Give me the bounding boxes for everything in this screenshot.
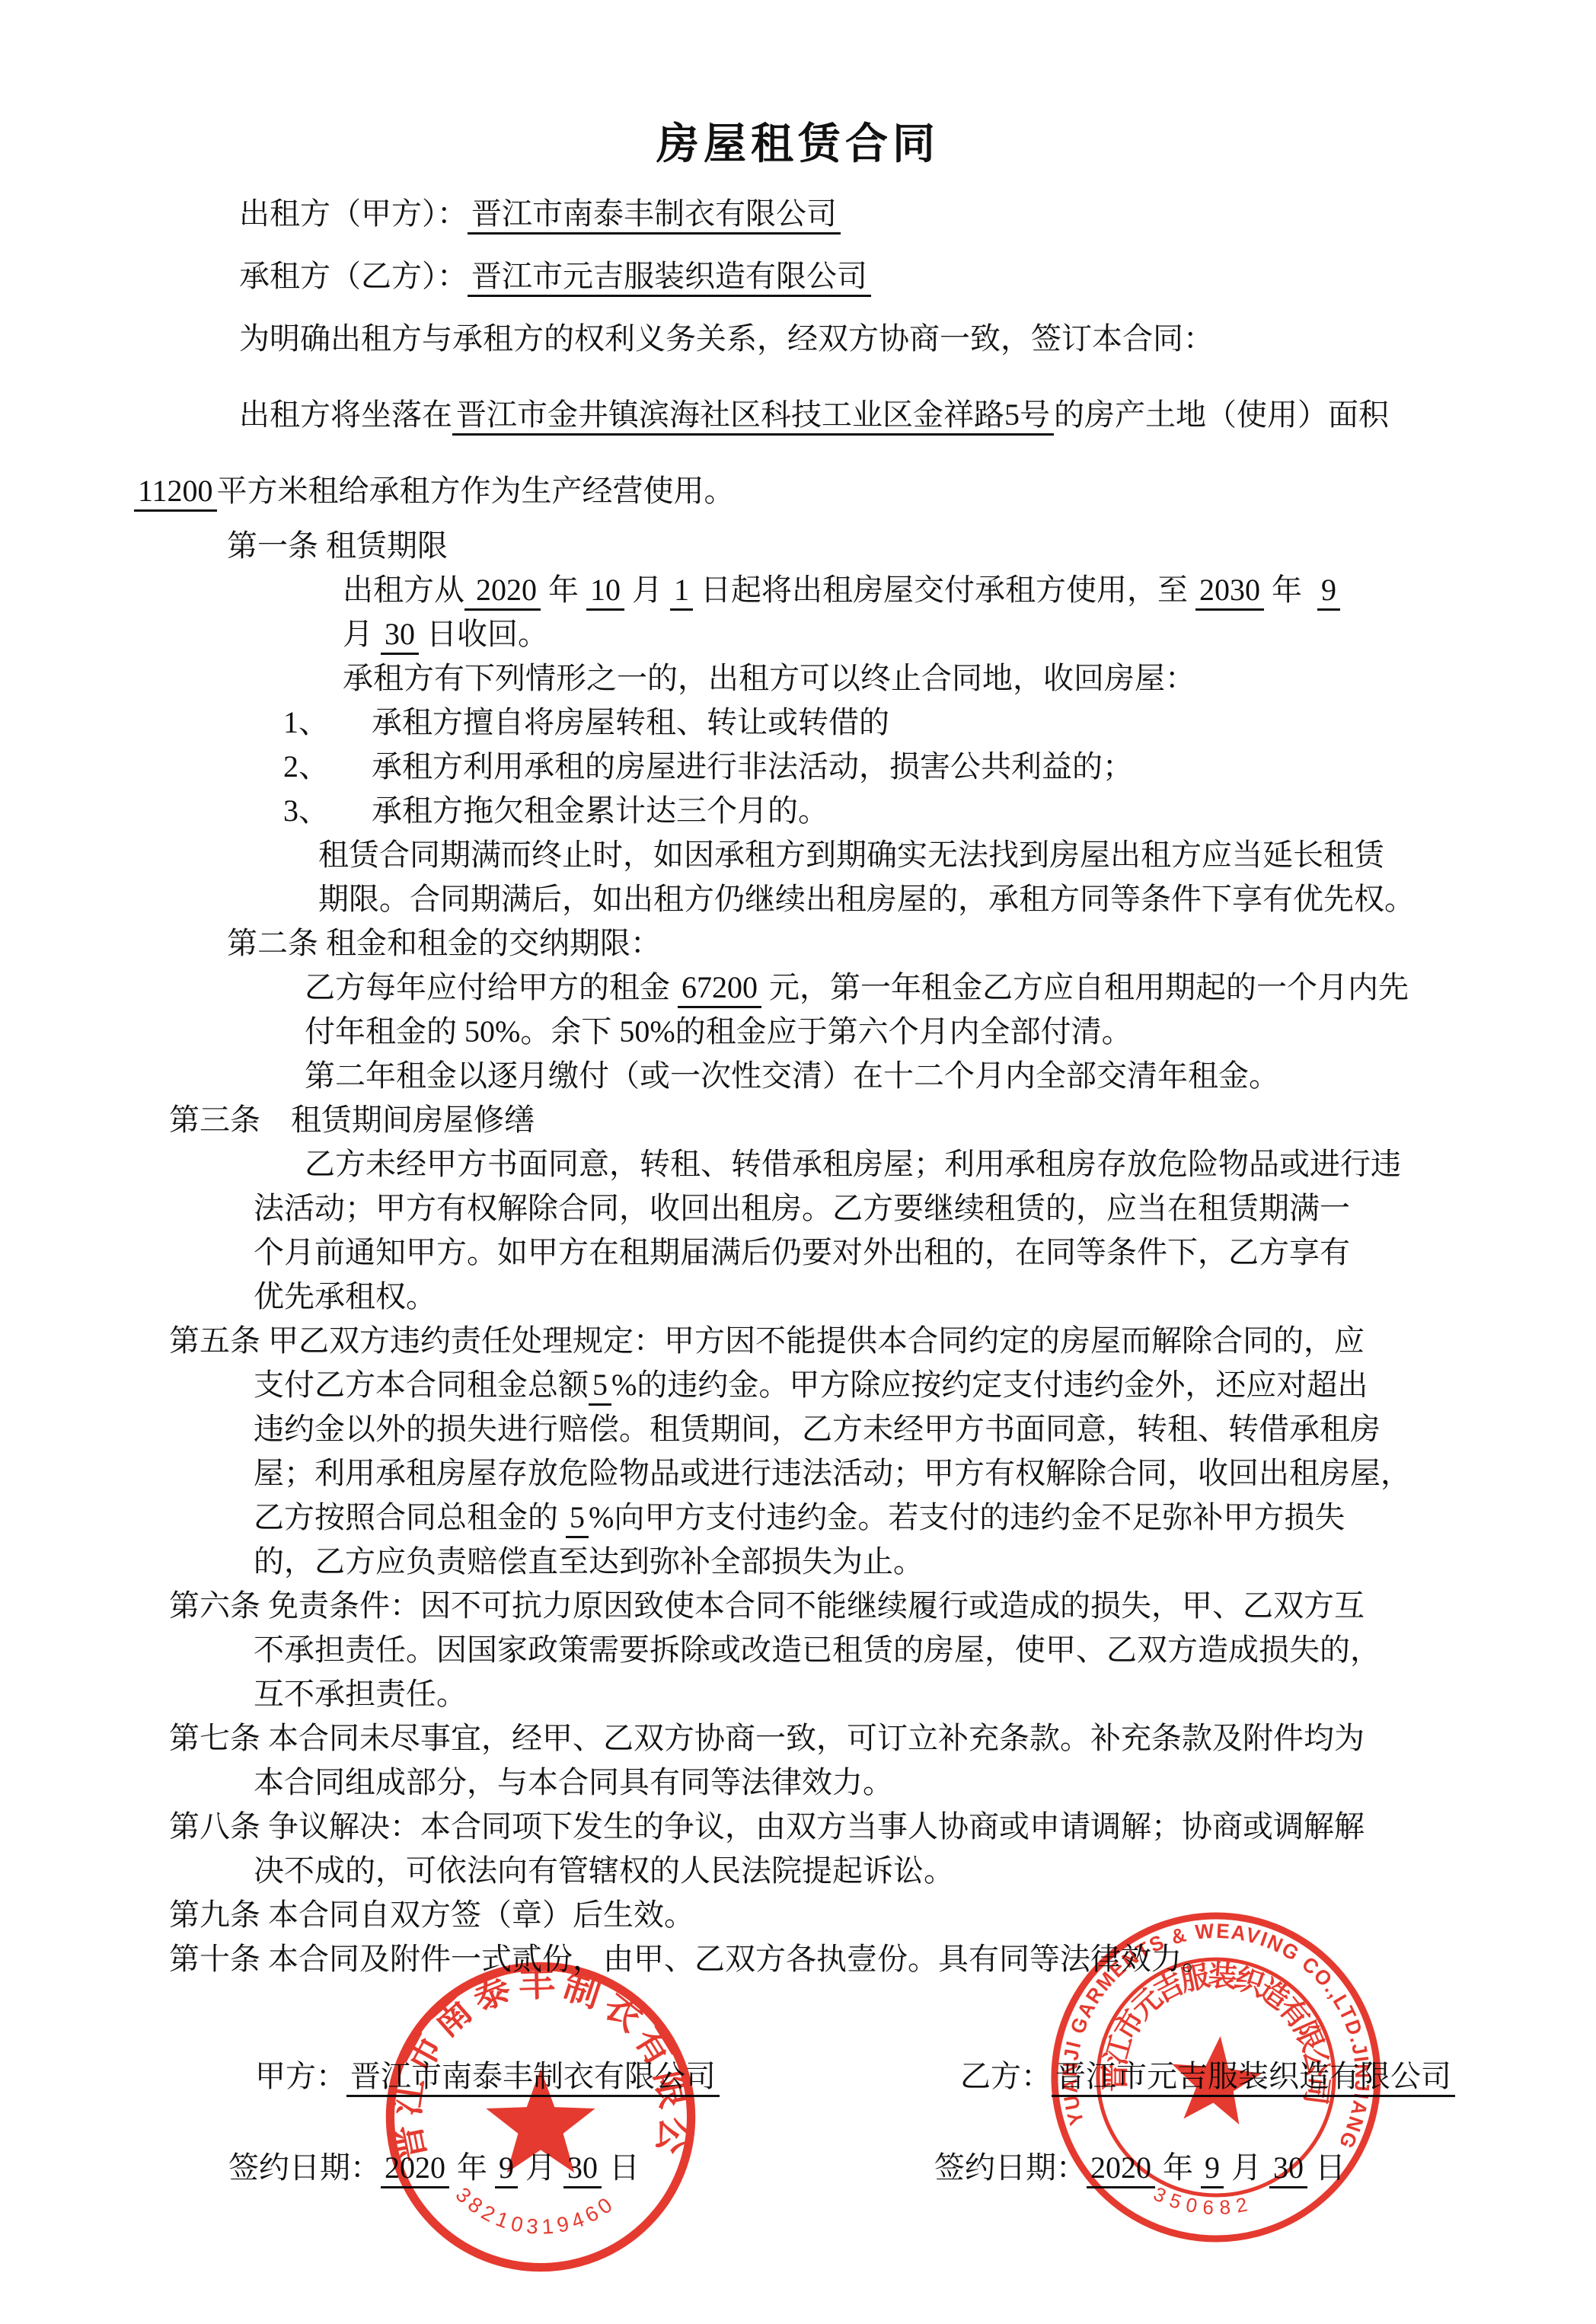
text-run: %的违约金。甲方除应按约定支付违约金外，还应对超出 xyxy=(611,1368,1368,1402)
contract-line: 出租方（甲方）：晋江市南泰丰制衣有限公司 xyxy=(0,192,1596,236)
contract-line: 法活动；甲方有权解除合同，收回出租房。乙方要继续租赁的，应当在租赁期满一 xyxy=(0,1186,1596,1231)
text-run: 出租方（甲方）： xyxy=(239,196,468,231)
text-run: 个月前通知甲方。如甲方在租期届满后仍要对外出租的，在同等条件下，乙方享有 xyxy=(254,1235,1350,1269)
text-run: 互不承担责任。 xyxy=(254,1677,467,1711)
contract-line: 第六条 免责条件：因不可抗力原因致使本合同不能继续履行或造成的损失，甲、乙双方互 xyxy=(0,1584,1596,1628)
text-run: 违约金以外的损失进行赔偿。租赁期间，乙方未经甲方书面同意，转租、转借承租房 xyxy=(254,1412,1381,1446)
text-run: 乙方每年应付给甲方的租金 xyxy=(305,970,678,1004)
text-run: 决不成的，可依法向有管辖权的人民法院提起诉讼。 xyxy=(254,1853,954,1888)
text-run: 付年租金的 50%。余下 50%的租金应于第六个月内全部付清。 xyxy=(305,1014,1132,1049)
text-run: 不承担责任。因国家政策需要拆除或改造已租赁的房屋，使甲、乙双方造成损失的， xyxy=(254,1633,1381,1667)
text-run: 月 xyxy=(1224,2150,1269,2185)
contract-line: 为明确出租方与承租方的权利义务关系，经双方协商一致，签订本合同： xyxy=(0,317,1596,361)
text-run: 承租方有下列情形之一的，出租方可以终止合同地，收回房屋： xyxy=(343,661,1195,695)
filled-in-field: 2020 xyxy=(464,573,541,611)
text-run: 第五条 甲乙双方违约责任处理规定：甲方因不能提供本合同约定的房屋而解除合同的，应 xyxy=(169,1323,1365,1358)
text-run: 支付乙方本合同租金总额 xyxy=(254,1368,589,1402)
text-run: 元，第一年租金乙方应自租用期起的一个月内先 xyxy=(761,970,1409,1004)
filled-in-field: 5 xyxy=(566,1500,589,1538)
text-run: 第二条 租金和租金的交纳期限： xyxy=(227,926,661,960)
contract-line: 月 30 日收回。 xyxy=(0,612,1596,656)
filled-in-field: 晋江市元吉服装织造有限公司 xyxy=(468,259,871,297)
contract-line: 第八条 争议解决：本合同项下发生的争议，由双方当事人协商或申请调解；协商或调解解 xyxy=(0,1805,1596,1849)
contract-line: 3、承租方拖欠租金累计达三个月的。 xyxy=(0,789,1596,833)
filled-in-field: 5 xyxy=(589,1368,611,1406)
contract-line: 第一条 租赁期限 xyxy=(0,524,1596,568)
filled-in-field: 67200 xyxy=(678,970,761,1008)
text-run: 优先承租权。 xyxy=(254,1279,436,1314)
signature-line-a-date: 签约日期：2020 年 9 月 30 日 xyxy=(228,2146,640,2190)
seal-ring xyxy=(390,1966,691,2267)
filled-in-field: 晋江市南泰丰制衣有限公司 xyxy=(468,196,841,235)
filled-in-field: 9 xyxy=(495,2150,518,2188)
seal-serial-number: 38210319460 xyxy=(452,2182,617,2238)
contract-line: 第二条 租金和租金的交纳期限： xyxy=(0,921,1596,966)
filled-in-field: 晋江市元吉服装织造有限公司 xyxy=(1052,2059,1455,2097)
text-run: 期限。合同期满后，如出租方仍继续出租房屋的，承租方同等条件下享有优先权。 xyxy=(318,882,1415,916)
contract-line: 第九条 本合同自双方签（章）后生效。 xyxy=(0,1893,1596,1937)
contract-line: 第十条 本合同及附件一式贰份，由甲、乙双方各执壹份。具有同等法律效力。 xyxy=(0,1937,1596,1981)
filled-in-field: 2020 xyxy=(1087,2150,1155,2188)
contract-line: 期限。合同期满后，如出租方仍继续出租房屋的，承租方同等条件下享有优先权。 xyxy=(0,877,1596,921)
text-run: 第一条 租赁期限 xyxy=(227,528,448,563)
text-run: 日起将出租房屋交付承租方使用，至 xyxy=(693,573,1195,607)
text-run: 乙方： xyxy=(960,2059,1052,2093)
contract-line: 第二年租金以逐月缴付（或一次性交清）在十二个月内全部交清年租金。 xyxy=(0,1054,1596,1098)
text-run: 月 xyxy=(343,617,381,651)
text-run: 3、 xyxy=(283,793,329,828)
contract-line: 乙方未经甲方书面同意，转租、转借承租房屋；利用承租房存放危险物品或进行违 xyxy=(0,1142,1596,1186)
text-run: 甲方： xyxy=(255,2059,346,2093)
filled-in-field: 9 xyxy=(1317,573,1340,611)
contract-line: 第五条 甲乙双方违约责任处理规定：甲方因不能提供本合同约定的房屋而解除合同的，应 xyxy=(0,1319,1596,1363)
contract-line: 支付乙方本合同租金总额5%的违约金。甲方除应按约定支付违约金外，还应对超出 xyxy=(0,1363,1596,1407)
contract-line: 优先承租权。 xyxy=(0,1275,1596,1319)
contract-line: 付年租金的 50%。余下 50%的租金应于第六个月内全部付清。 xyxy=(0,1010,1596,1054)
text-run: 乙方按照合同总租金的 xyxy=(254,1500,566,1534)
contract-line: 屋；利用承租房屋存放危险物品或进行违法活动；甲方有权解除合同，收回出租房屋， xyxy=(0,1451,1596,1496)
text-run: %向甲方支付违约金。若支付的违约金不足弥补甲方损失 xyxy=(589,1500,1345,1534)
filled-in-field: 10 xyxy=(586,573,624,611)
text-run: 出租方将坐落在 xyxy=(239,397,452,432)
contract-page: 房屋租赁合同 出租方（甲方）：晋江市南泰丰制衣有限公司承租方（乙方）：晋江市元吉… xyxy=(0,0,1596,2324)
company-seal-party-a: 晋江市南泰丰制衣有限公司 38210319460 xyxy=(365,1953,716,2281)
text-run: 本合同组成部分，与本合同具有同等法律效力。 xyxy=(254,1765,893,1799)
text-run: 日收回。 xyxy=(419,617,548,651)
filled-in-field: 2030 xyxy=(1195,573,1264,611)
text-run: 的，乙方应负责赔偿直至达到弥补全部损失为止。 xyxy=(254,1544,924,1579)
text-run: 乙方未经甲方书面同意，转租、转借承租房屋；利用承租房存放危险物品或进行违 xyxy=(305,1147,1401,1181)
filled-in-field: 晋江市南泰丰制衣有限公司 xyxy=(346,2059,720,2097)
text-run: 屋；利用承租房屋存放危险物品或进行违法活动；甲方有权解除合同，收回出租房屋， xyxy=(254,1456,1411,1490)
filled-in-field: 9 xyxy=(1201,2150,1224,2188)
filled-in-field: 晋江市金井镇滨海社区科技工业区金祥路5号 xyxy=(452,397,1054,436)
text-run: 租赁合同期满而终止时，如因承租方到期确实无法找到房屋出租方应当延长租赁 xyxy=(318,838,1384,872)
contract-line: 互不承担责任。 xyxy=(0,1672,1596,1716)
text-run: 承租方利用承租的房屋进行非法活动，损害公共利益的； xyxy=(372,749,1133,784)
filled-in-field: 30 xyxy=(381,617,419,655)
filled-in-field: 30 xyxy=(563,2150,602,2188)
text-run: 签约日期： xyxy=(934,2150,1087,2185)
signature-line-b-name: 乙方：晋江市元吉服装织造有限公司 xyxy=(960,2054,1455,2099)
text-run: 月 xyxy=(518,2150,563,2185)
contract-line: 第三条 租赁期间房屋修缮 xyxy=(0,1098,1596,1142)
text-run: 承租方（乙方）： xyxy=(239,259,468,293)
text-run: 出租方从 xyxy=(343,573,464,607)
text-run: 月 xyxy=(624,573,670,607)
text-run: 的房产土地（使用）面积 xyxy=(1054,397,1389,432)
contract-line: 11200平方米租给承租方作为生产经营使用。 xyxy=(0,469,1596,513)
text-run: 签约日期： xyxy=(228,2150,381,2185)
text-run: 第十条 本合同及附件一式贰份，由甲、乙双方各执壹份。具有同等法律效力。 xyxy=(169,1942,1212,1976)
signature-line-b-date: 签约日期：2020 年 9 月 30 日 xyxy=(934,2146,1345,2190)
contract-line: 违约金以外的损失进行赔偿。租赁期间，乙方未经甲方书面同意，转租、转借承租房 xyxy=(0,1407,1596,1451)
contract-line: 乙方按照合同总租金的 5%向甲方支付违约金。若支付的违约金不足弥补甲方损失 xyxy=(0,1496,1596,1540)
contract-line: 出租方将坐落在晋江市金井镇滨海社区科技工业区金祥路5号的房产土地（使用）面积 xyxy=(0,393,1596,437)
contract-body: 出租方（甲方）：晋江市南泰丰制衣有限公司承租方（乙方）：晋江市元吉服装织造有限公… xyxy=(0,192,1596,1981)
contract-line: 的，乙方应负责赔偿直至达到弥补全部损失为止。 xyxy=(0,1540,1596,1584)
contract-line: 出租方从 2020 年 10 月 1 日起将出租房屋交付承租方使用，至 2030… xyxy=(0,568,1596,612)
contract-line: 租赁合同期满而终止时，如因承租方到期确实无法找到房屋出租方应当延长租赁 xyxy=(0,833,1596,877)
text-run: 法活动；甲方有权解除合同，收回出租房。乙方要继续租赁的，应当在租赁期满一 xyxy=(254,1191,1350,1225)
text-run: 承租方拖欠租金累计达三个月的。 xyxy=(372,793,828,828)
text-run: 年 xyxy=(541,573,586,607)
filled-in-field: 1 xyxy=(670,573,693,611)
text-run: 承租方擅自将房屋转租、转让或转借的 xyxy=(372,705,889,739)
text-run: 平方米租给承租方作为生产经营使用。 xyxy=(217,474,735,508)
svg-text:38210319460: 38210319460 xyxy=(452,2182,617,2238)
contract-line: 个月前通知甲方。如甲方在租期届满后仍要对外出租的，在同等条件下，乙方享有 xyxy=(0,1231,1596,1275)
text-run: 年 xyxy=(1155,2150,1201,2185)
text-run: 第八条 争议解决：本合同项下发生的争议，由双方当事人协商或申请调解；协商或调解解 xyxy=(169,1809,1365,1844)
contract-line: 承租方有下列情形之一的，出租方可以终止合同地，收回房屋： xyxy=(0,656,1596,701)
text-run: 第六条 免责条件：因不可抗力原因致使本合同不能继续履行或造成的损失，甲、乙双方互 xyxy=(169,1588,1365,1623)
contract-line: 乙方每年应付给甲方的租金 67200 元，第一年租金乙方应自租用期起的一个月内先 xyxy=(0,966,1596,1010)
contract-line: 承租方（乙方）：晋江市元吉服装织造有限公司 xyxy=(0,254,1596,298)
text-run: 第九条 本合同自双方签（章）后生效。 xyxy=(169,1898,694,1932)
text-run: 2、 xyxy=(283,749,329,784)
text-run: 日 xyxy=(1307,2150,1345,2185)
text-run: 第三条 租赁期间房屋修缮 xyxy=(169,1103,535,1137)
filled-in-field: 2020 xyxy=(381,2150,449,2188)
document-title: 房屋租赁合同 xyxy=(0,114,1596,175)
text-run: 第七条 本合同未尽事宜，经甲、乙双方协商一致，可订立补充条款。补充条款及附件均为 xyxy=(169,1721,1365,1755)
contract-line: 本合同组成部分，与本合同具有同等法律效力。 xyxy=(0,1761,1596,1805)
text-run: 第二年租金以逐月缴付（或一次性交清）在十二个月内全部交清年租金。 xyxy=(305,1058,1279,1093)
text-run: 年 xyxy=(449,2150,495,2185)
contract-line: 不承担责任。因国家政策需要拆除或改造已租赁的房屋，使甲、乙双方造成损失的， xyxy=(0,1628,1596,1672)
filled-in-field: 11200 xyxy=(134,474,217,512)
text-run: 1、 xyxy=(283,705,329,739)
text-run: 为明确出租方与承租方的权利义务关系，经双方协商一致，签订本合同： xyxy=(239,321,1214,356)
filled-in-field: 30 xyxy=(1269,2150,1307,2188)
contract-line: 2、承租方利用承租的房屋进行非法活动，损害公共利益的； xyxy=(0,745,1596,789)
contract-line: 第七条 本合同未尽事宜，经甲、乙双方协商一致，可订立补充条款。补充条款及附件均为 xyxy=(0,1716,1596,1761)
text-run: 年 xyxy=(1264,573,1317,607)
contract-line: 1、承租方擅自将房屋转租、转让或转借的 xyxy=(0,701,1596,745)
text-run: 日 xyxy=(602,2150,640,2185)
contract-line: 决不成的，可依法向有管辖权的人民法院提起诉讼。 xyxy=(0,1849,1596,1893)
signature-line-a-name: 甲方：晋江市南泰丰制衣有限公司 xyxy=(255,2054,720,2099)
